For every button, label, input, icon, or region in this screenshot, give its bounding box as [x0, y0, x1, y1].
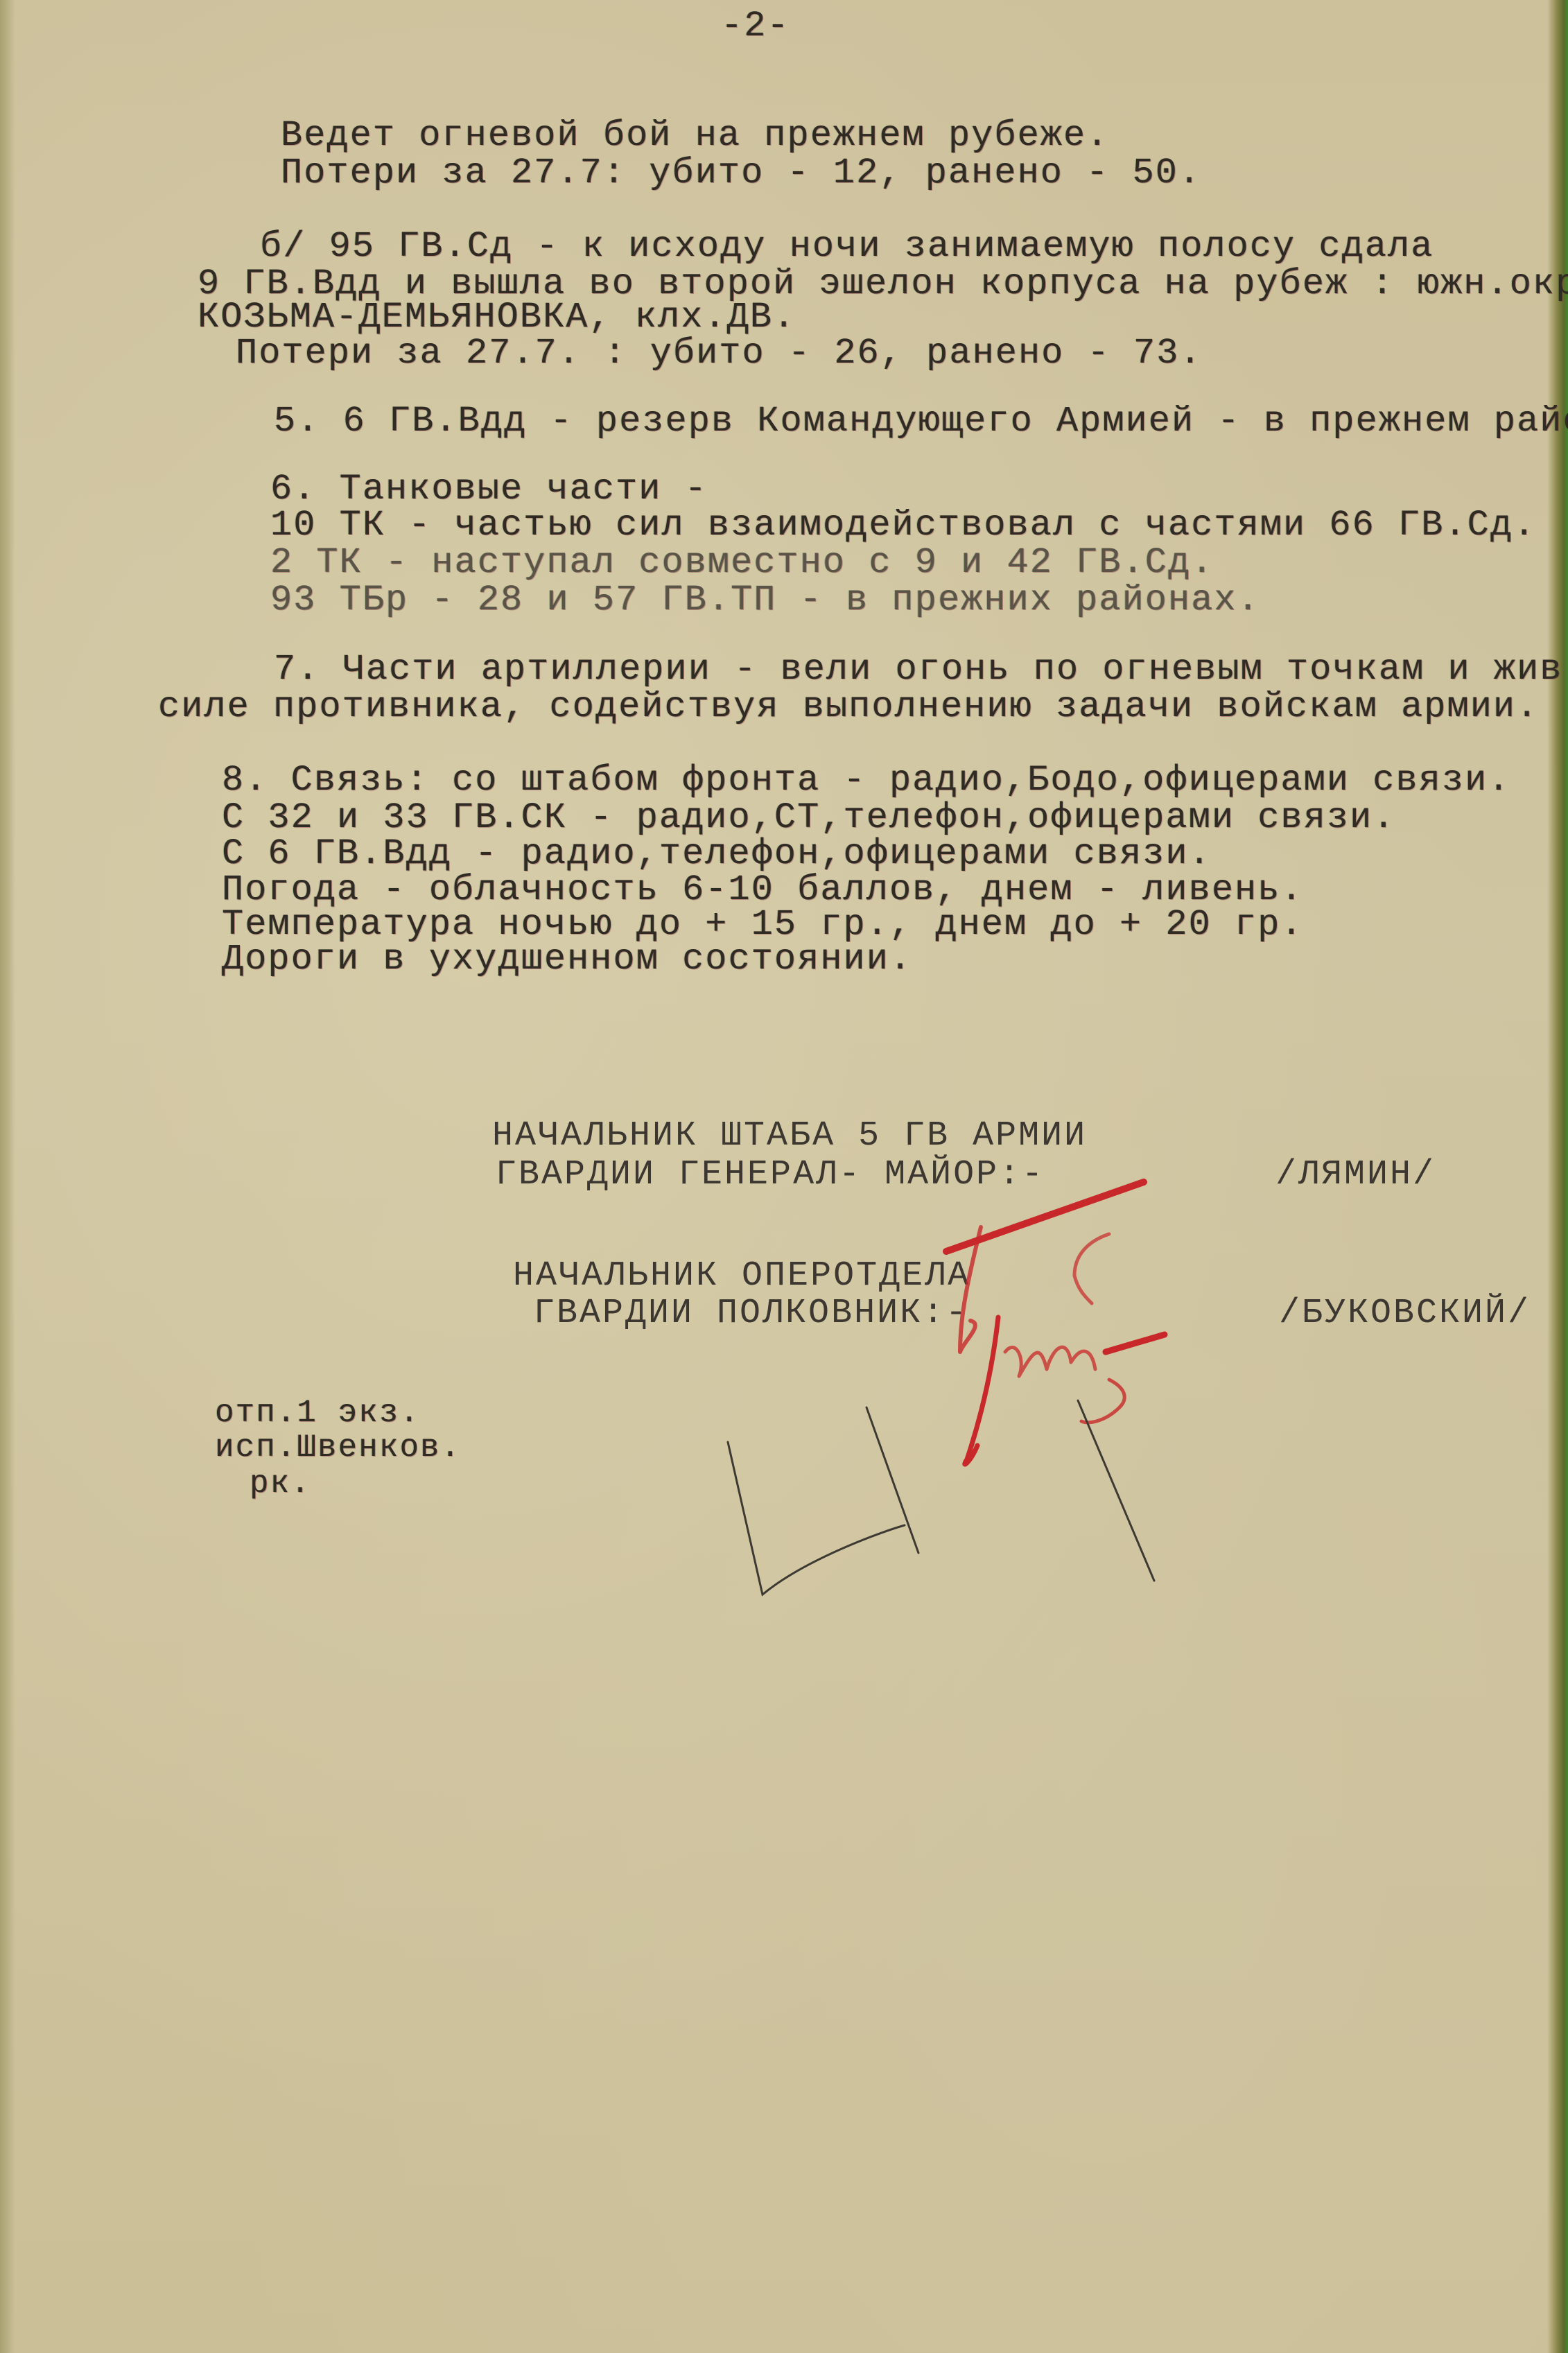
text-line: 93 ТБр - 28 и 57 ГВ.ТП - в прежних район…	[270, 581, 1260, 620]
text-line: 8. Связь: со штабом фронта - радио,Бодо,…	[222, 761, 1510, 800]
text-line: 2 ТК - наступал совместно с 9 и 42 ГВ.Сд…	[270, 544, 1214, 582]
text-line: 5. 6 ГВ.Вдд - резерв Командующего Армией…	[274, 402, 1568, 441]
text-line: Дороги в ухудшенном состоянии.	[222, 940, 912, 979]
page-number: -2-	[721, 7, 790, 46]
section-heading: 6. Танковые части -	[270, 470, 708, 509]
text-line: С 32 и 33 ГВ.СК - радио,СТ,телефон,офице…	[222, 799, 1395, 837]
text-line: б/ 95 ГВ.Сд - к исходу ночи занимаемую п…	[260, 227, 1434, 266]
page-right-edge	[1547, 0, 1568, 2353]
ops-chief-rank: ГВАРДИИ ПОЛКОВНИК:-	[534, 1294, 968, 1334]
copies-note: отп.1 экз.	[215, 1393, 420, 1432]
chief-of-staff-rank: ГВАРДИИ ГЕНЕРАЛ- МАЙОР:-	[496, 1155, 1045, 1195]
text-line: 10 ТК - частью сил взаимодействовал с ча…	[270, 506, 1536, 545]
text-line: Потери за 27.7. : убито - 26, ранено - 7…	[236, 334, 1203, 373]
document-page: -2- Ведет огневой бой на прежнем рубеже.…	[0, 0, 1568, 2353]
text-line: Ведет огневой бой на прежнем рубеже.	[281, 116, 1109, 155]
executor-note: исп.Швенков.	[215, 1428, 461, 1467]
text-line: силе противника, содействуя выполнению з…	[158, 688, 1539, 727]
chief-of-staff-name: /ЛЯМИН/	[1275, 1155, 1436, 1195]
chief-of-staff-title: НАЧАЛЬНИК ШТАБА 5 ГВ АРМИИ	[492, 1116, 1087, 1156]
text-line: Потери за 27.7: убито - 12, ранено - 50.	[281, 154, 1201, 193]
text-line: С 6 ГВ.Вдд - радио,телефон,офицерами свя…	[222, 835, 1212, 874]
typist-note: рк.	[250, 1464, 311, 1503]
text-line: 7. Части артиллерии - вели огонь по огне…	[274, 650, 1562, 689]
pencil-check-mark	[728, 1400, 1154, 1595]
page-left-edge	[0, 0, 15, 2353]
red-pencil-signature	[946, 1182, 1165, 1464]
ops-chief-name: /БУКОВСКИЙ/	[1279, 1294, 1531, 1334]
text-line: КОЗЬМА-ДЕМЬЯНОВКА, клх.ДВ.	[198, 298, 796, 337]
ops-chief-title: НАЧАЛЬНИК ОПЕРОТДЕЛА	[513, 1256, 970, 1296]
